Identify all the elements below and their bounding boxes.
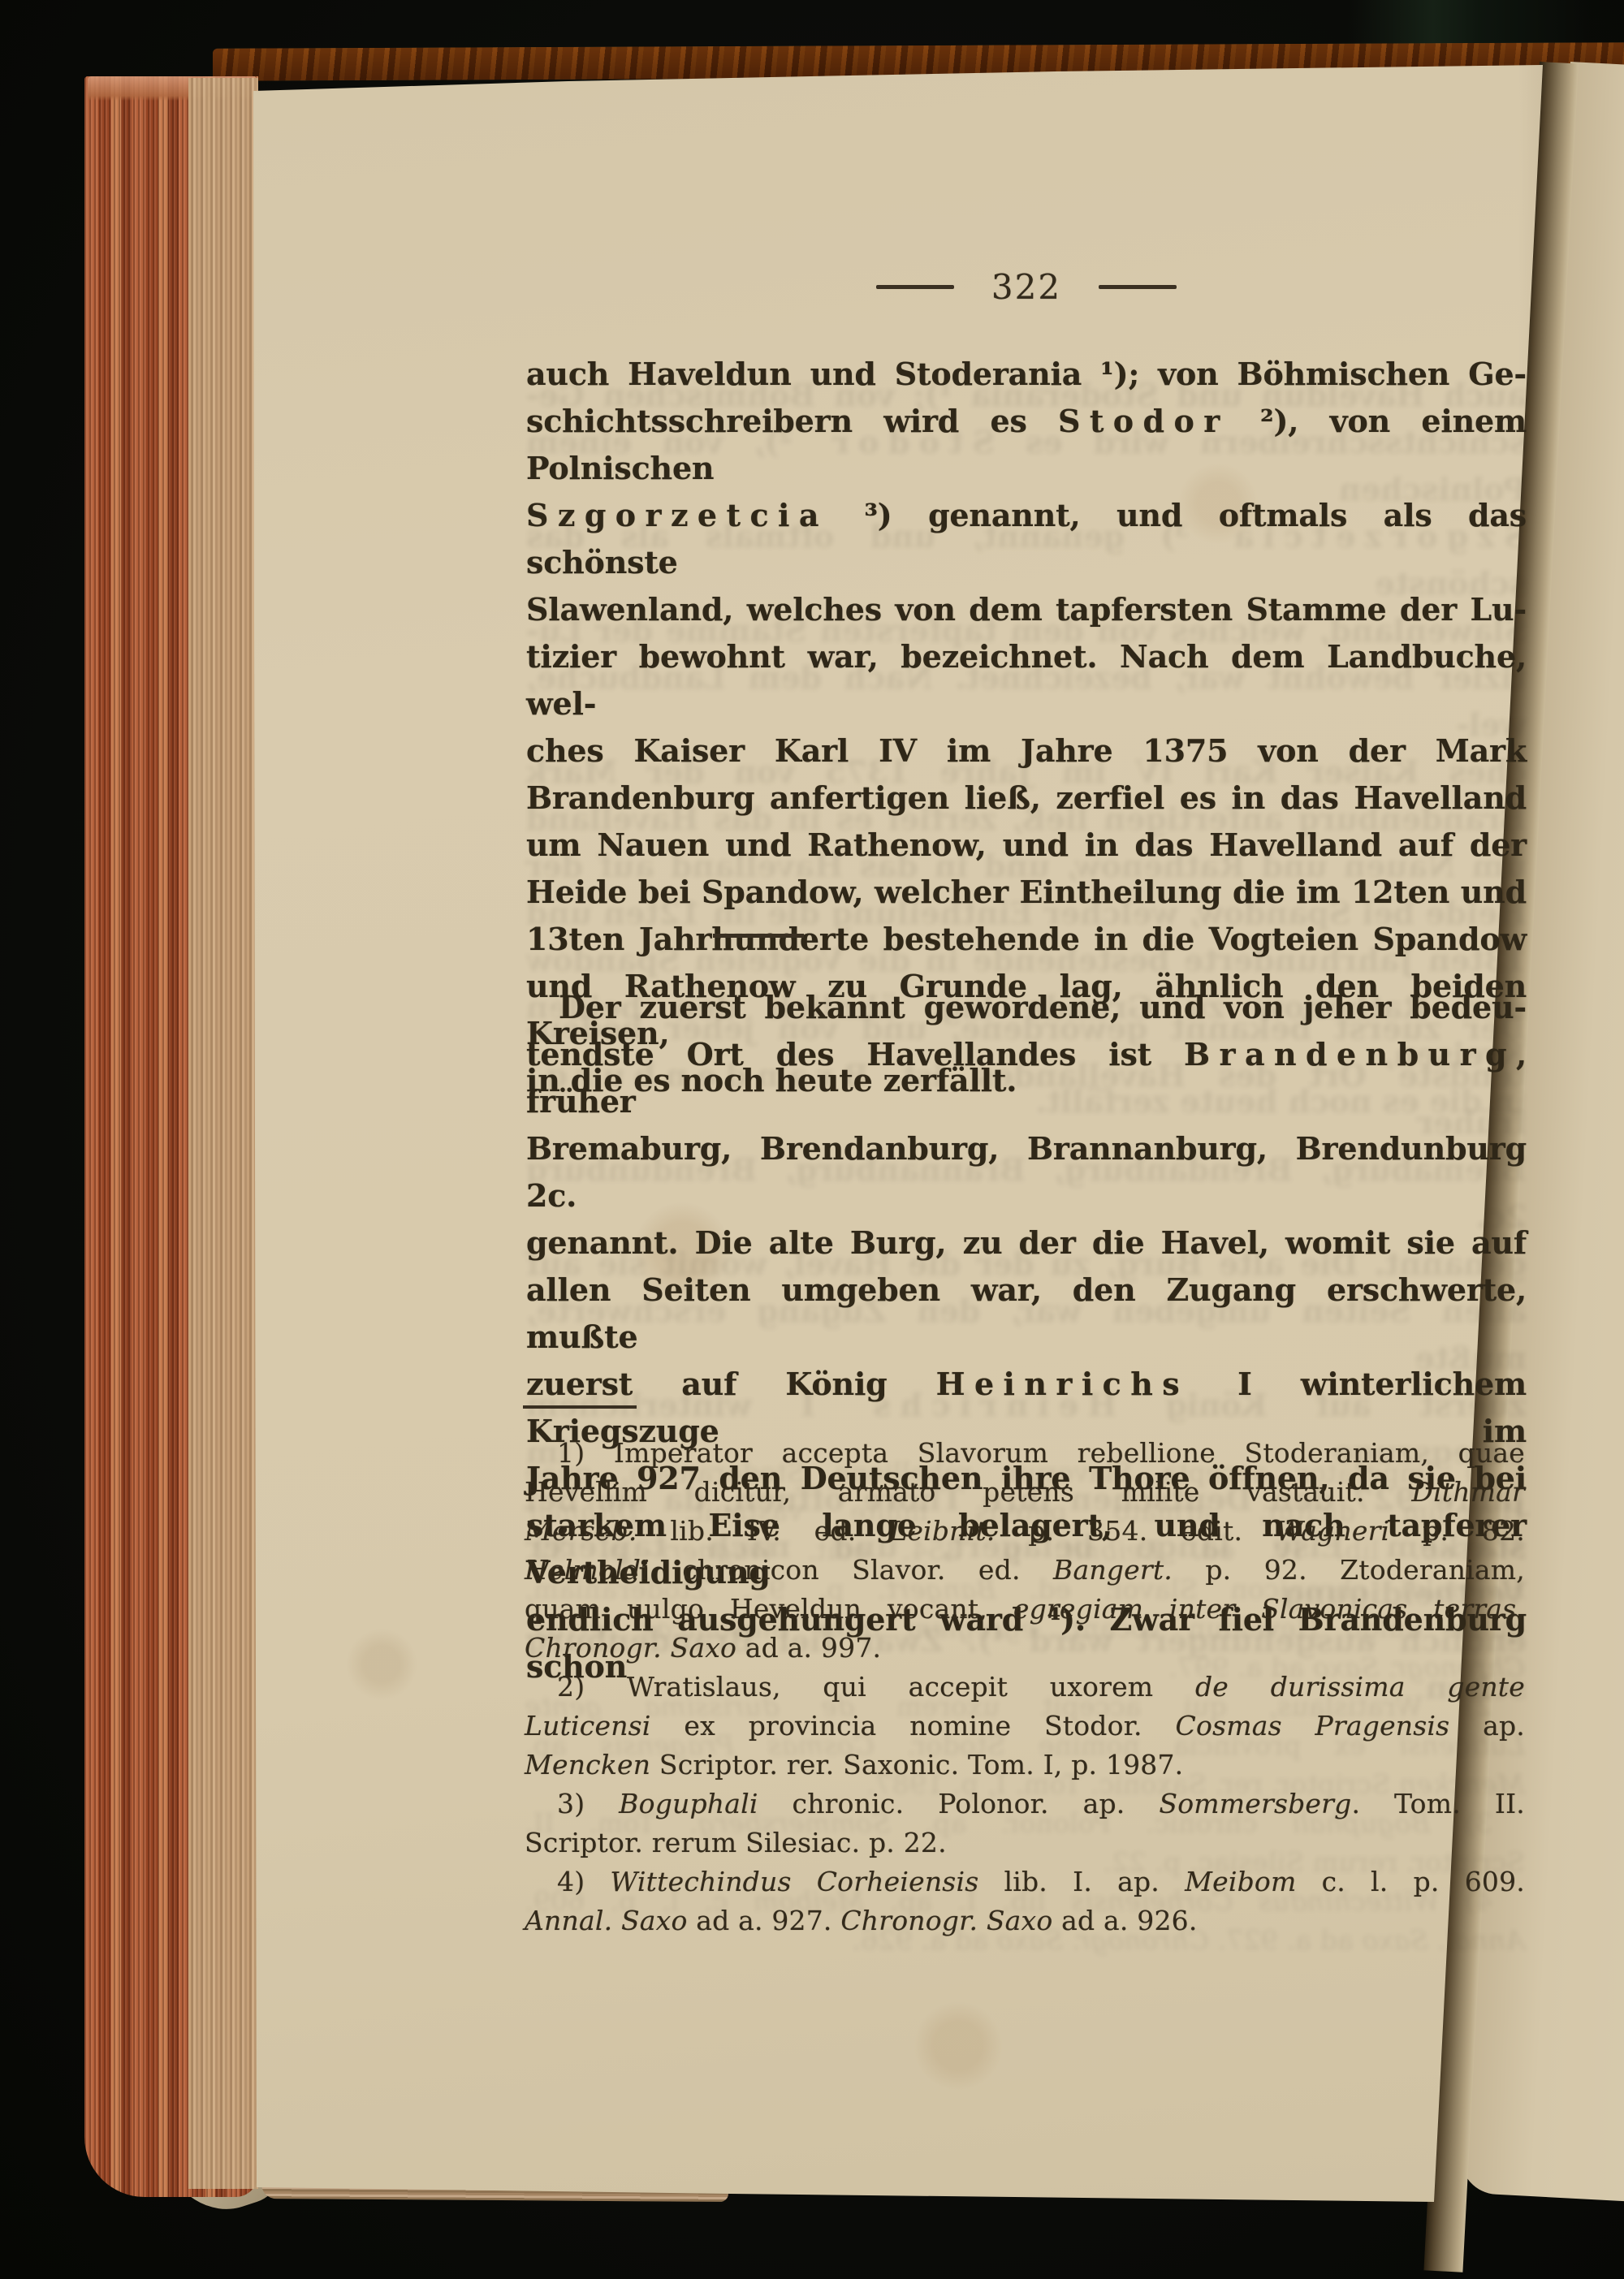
book-scan-photo: auch Haveldun und Stoderania ¹); von Böh…	[0, 0, 1624, 2279]
body-text-line: genannt. Die alte Burg, zu der die Havel…	[526, 1219, 1527, 1267]
body-text-line: ches Kaiser Karl IV im Jahre 1375 von de…	[526, 727, 1527, 775]
body-text-line: 13ten Jahrhunderte bestehende in die Vog…	[526, 916, 1527, 963]
header-rule-right	[1099, 285, 1177, 289]
paragraph-separator-rule	[713, 934, 804, 938]
footnote-line: quam uulgo Heveldun vocant, egregiam int…	[525, 1590, 1525, 1629]
footnote-line: 4) Wittechindus Corheiensis lib. I. ap. …	[525, 1862, 1525, 1901]
body-text-line: tizier bewohnt war, bezeichnet. Nach dem…	[526, 633, 1527, 727]
footnote-line: Merseb. lib. IV. ed. Leibnit. p. 354. ed…	[525, 1512, 1525, 1551]
footnote-line: 2) Wratislaus, qui accepit uxorem de dur…	[525, 1668, 1525, 1707]
body-text-line: tendste Ort des Havellandes ist Brandenb…	[526, 1031, 1527, 1125]
body-text-line: allen Seiten umgeben war, den Zugang ers…	[526, 1267, 1527, 1361]
header-rule-left	[876, 285, 954, 289]
body-text-line: Slawenland, welches von dem tapfersten S…	[526, 586, 1527, 633]
footnote-line: Mencken Scriptor. rer. Saxonic. Tom. I, …	[525, 1746, 1525, 1785]
footnote-line: Luticensi ex provincia nomine Stodor. Co…	[525, 1707, 1525, 1746]
footnote-separator-rule	[523, 1405, 637, 1409]
footnotes-block: 1) Imperator accepta Slavorum rebellione…	[525, 1434, 1525, 1940]
footnote-line: Helmoldi chronicon Slavor. ed. Bangert. …	[525, 1551, 1525, 1590]
page-header: 322	[526, 266, 1527, 307]
body-text-line: Bremaburg, Brendanburg, Brannanburg, Bre…	[526, 1125, 1527, 1219]
footnote-line: Hevellim dicitur, armato petens milite v…	[525, 1473, 1525, 1512]
body-text-line: Szgorzetcia ³) genannt, und oftmals als …	[526, 492, 1527, 586]
fore-edge-inner-pages	[188, 78, 258, 2189]
footnote-line: Chronogr. Saxo ad a. 997.	[525, 1629, 1525, 1668]
footnote-line: Annal. Saxo ad a. 927. Chronogr. Saxo ad…	[525, 1901, 1525, 1940]
page-number: 322	[991, 267, 1061, 307]
body-text-line: auch Haveldun und Stoderania ¹); von Böh…	[526, 351, 1527, 398]
body-text-line: schichtsschreibern wird es Stodor ²), vo…	[526, 398, 1527, 492]
body-text-line: Der zuerst bekannt gewordene, und von je…	[526, 984, 1527, 1031]
footnote-line: 1) Imperator accepta Slavorum rebellione…	[525, 1434, 1525, 1473]
body-text-line: um Nauen und Rathenow, und in das Havell…	[526, 822, 1527, 869]
body-text-line: Heide bei Spandow, welcher Eintheilung d…	[526, 869, 1527, 916]
footnote-line: 3) Boguphali chronic. Polonor. ap. Somme…	[525, 1785, 1525, 1824]
body-text-line: Brandenburg anfertigen ließ, zerfiel es …	[526, 775, 1527, 822]
footnote-line: Scriptor. rerum Silesiac. p. 22.	[525, 1824, 1525, 1862]
